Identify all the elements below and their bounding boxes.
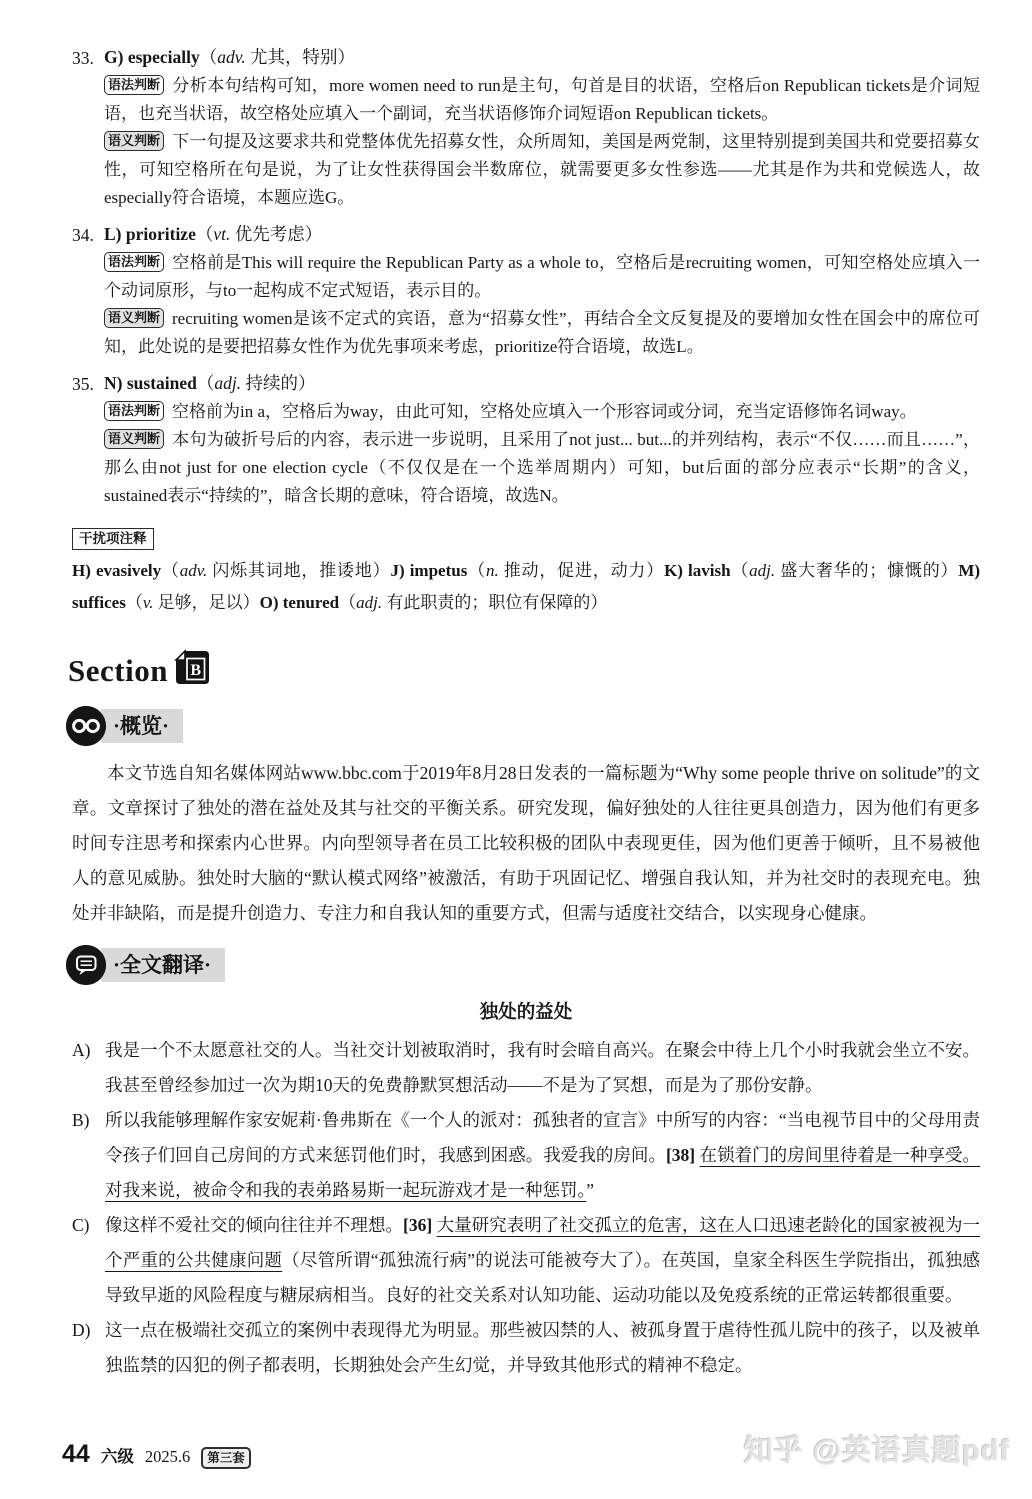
item-word-entry: L) prioritize（vt. 优先考虑） xyxy=(104,224,322,244)
distractor-note-text: H) evasively（adv. 闪烁其词地，推诿地）J) impetus（n… xyxy=(72,555,980,619)
item-heading: 34. L) prioritize（vt. 优先考虑） xyxy=(104,219,980,249)
grammar-judgment-tag: 语法判断 xyxy=(104,75,164,95)
grammar-analysis: 语法判断空格前为in a，空格后为way，由此可知，空格处应填入一个形容词或分词… xyxy=(104,398,980,426)
semantic-analysis-text: 下一句提及这要求共和党整体优先招募女性，众所周知，美国是两党制，这里特别提到美国… xyxy=(104,132,980,207)
glasses-icon xyxy=(66,706,106,746)
exam-date: 2025.6 xyxy=(145,1447,190,1467)
grammar-analysis-text: 空格前为in a，空格后为way，由此可知，空格处应填入一个形容词或分词，充当定… xyxy=(172,402,917,421)
semantic-analysis: 语义判断本句为破折号后的内容，表示进一步说明，且采用了not just... b… xyxy=(104,426,980,510)
item-number: 34. xyxy=(72,220,94,250)
semantic-analysis-text: 本句为破折号后的内容，表示进一步说明，且采用了not just... but..… xyxy=(104,430,980,505)
answer-item-34: 34. L) prioritize（vt. 优先考虑） 语法判断空格前是This… xyxy=(72,219,980,361)
semantic-judgment-tag: 语义判断 xyxy=(104,308,164,328)
textbook-page: 33. G) especially（adv. 尤其，特别） 语法判断分析本句结构… xyxy=(0,0,1032,1499)
paragraph-label: C) xyxy=(72,1208,90,1243)
semantic-analysis-text: recruiting women是该不定式的宾语，意为“招募女性”，再结合全文反… xyxy=(104,309,980,356)
answer-key-section: 33. G) especially（adv. 尤其，特别） 语法判断分析本句结构… xyxy=(72,42,980,619)
grammar-analysis-text: 空格前是This will require the Republican Par… xyxy=(104,253,980,300)
grammar-judgment-tag: 语法判断 xyxy=(104,252,164,272)
translation-heading: ·全文翻译· xyxy=(66,945,980,985)
section-b-heading: Section B xyxy=(68,649,980,692)
item-word-entry: N) sustained（adj. 持续的） xyxy=(104,373,316,393)
answer-item-33: 33. G) especially（adv. 尤其，特别） 语法判断分析本句结构… xyxy=(72,42,980,212)
item-number: 33. xyxy=(72,43,94,73)
passage-title: 独处的益处 xyxy=(72,997,980,1029)
grammar-analysis: 语法判断分析本句结构可知，more women need to run是主句，句… xyxy=(104,72,980,128)
translation-paragraph-c: C) 像这样不爱社交的倾向往往并不理想。[36] 大量研究表明了社交孤立的危害，… xyxy=(72,1208,980,1313)
item-heading: 35. N) sustained（adj. 持续的） xyxy=(104,368,980,398)
course-level: 六级 xyxy=(101,1443,134,1467)
semantic-judgment-tag: 语义判断 xyxy=(104,131,164,151)
paragraph-label: B) xyxy=(72,1103,90,1138)
item-heading: 33. G) especially（adv. 尤其，特别） xyxy=(104,42,980,72)
page-footer: 44 六级 2025.6 第三套 xyxy=(62,1440,251,1469)
distractor-note: 干扰项注释 H) evasively（adv. 闪烁其词地，推诿地）J) imp… xyxy=(72,522,980,619)
semantic-analysis: 语义判断下一句提及这要求共和党整体优先招募女性，众所周知，美国是两党制，这里特别… xyxy=(104,128,980,212)
translation-paragraph-b: B) 所以我能够理解作家安妮莉·鲁弗斯在《一个人的派对：孤独者的宣言》中所写的内… xyxy=(72,1103,980,1208)
answer-item-35: 35. N) sustained（adj. 持续的） 语法判断空格前为in a，… xyxy=(72,368,980,510)
paragraph-text: 这一点在极端社交孤立的案例中表现得尤为明显。那些被囚禁的人、被孤身置于虐待性孤儿… xyxy=(105,1320,980,1375)
watermark: 知乎 @英语真题pdf xyxy=(744,1428,1010,1469)
paragraph-text: 我是一个不太愿意社交的人。当社交计划被取消时，我有时会暗自高兴。在聚会中待上几个… xyxy=(105,1040,980,1095)
grammar-analysis-text: 分析本句结构可知，more women need to run是主句，句首是目的… xyxy=(104,76,980,123)
semantic-judgment-tag: 语义判断 xyxy=(104,429,164,449)
paragraph-label: D) xyxy=(72,1313,90,1348)
section-badge-letter: B xyxy=(190,662,201,679)
paragraph-label: A) xyxy=(72,1033,90,1068)
translation-paragraph-a: A) 我是一个不太愿意社交的人。当社交计划被取消时，我有时会暗自高兴。在聚会中待… xyxy=(72,1033,980,1103)
overview-heading: ·概览· xyxy=(66,706,980,746)
translation-paragraph-d: D) 这一点在极端社交孤立的案例中表现得尤为明显。那些被囚禁的人、被孤身置于虐待… xyxy=(72,1313,980,1383)
grammar-analysis: 语法判断空格前是This will require the Republican… xyxy=(104,249,980,305)
paragraph-text: 像这样不爱社交的倾向往往并不理想。[36] 大量研究表明了社交孤立的危害，这在人… xyxy=(105,1215,980,1305)
set-badge: 第三套 xyxy=(201,1447,251,1469)
paragraph-text: 所以我能够理解作家安妮莉·鲁弗斯在《一个人的派对：孤独者的宣言》中所写的内容：“… xyxy=(105,1110,980,1200)
grammar-judgment-tag: 语法判断 xyxy=(104,401,164,421)
overview-paragraph: 本文节选自知名媒体网站www.bbc.com于2019年8月28日发表的一篇标题… xyxy=(72,756,980,931)
page-badge-icon: B xyxy=(173,649,211,692)
speech-bubble-icon xyxy=(66,945,106,985)
item-number: 35. xyxy=(72,369,94,399)
semantic-analysis: 语义判断recruiting women是该不定式的宾语，意为“招募女性”，再结… xyxy=(104,305,980,361)
page-number: 44 xyxy=(62,1440,90,1469)
overview-title: ·概览· xyxy=(101,709,183,743)
translation-title: ·全文翻译· xyxy=(101,948,225,982)
item-word-entry: G) especially（adv. 尤其，特别） xyxy=(104,47,355,67)
distractor-note-tag: 干扰项注释 xyxy=(72,528,154,550)
section-label: Section xyxy=(68,653,168,689)
